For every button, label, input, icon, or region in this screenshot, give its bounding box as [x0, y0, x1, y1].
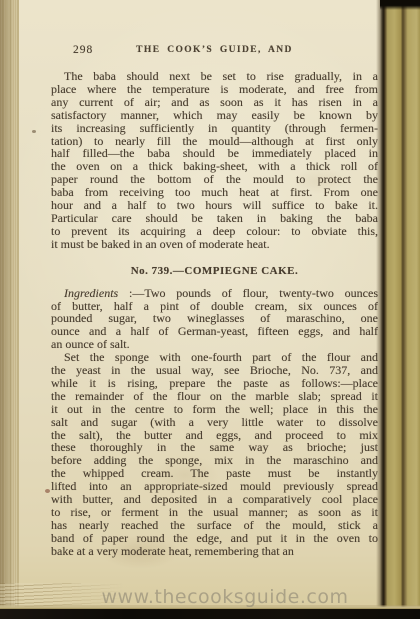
paragraph-ingredients: Ingredients :—Two pounds of flour, twent… [51, 287, 378, 352]
page-number: 298 [73, 44, 93, 57]
book-cover-bottom [0, 609, 420, 619]
page-header: 298 THE COOK’S GUIDE, AND [51, 44, 378, 57]
watermark-text: www.thecooksguide.com [38, 586, 412, 608]
book-photo: 298 THE COOK’S GUIDE, AND The baba shoul… [0, 0, 420, 619]
paper-speck [32, 130, 36, 133]
paragraph-baba-continuation: The baba should next be set to rise grad… [51, 70, 378, 251]
running-title: THE COOK’S GUIDE, AND [51, 44, 378, 57]
paper-speck [45, 489, 50, 493]
facing-page-edge [376, 0, 420, 609]
recipe-heading: No. 739.—COMPIEGNE CAKE. [51, 265, 378, 278]
page-stack-left-edge [0, 0, 19, 609]
paragraph-method: Set the sponge with one-fourth part of t… [51, 351, 378, 558]
spine-shadow-top [380, 0, 420, 10]
page-content: 298 THE COOK’S GUIDE, AND The baba shoul… [51, 44, 378, 558]
